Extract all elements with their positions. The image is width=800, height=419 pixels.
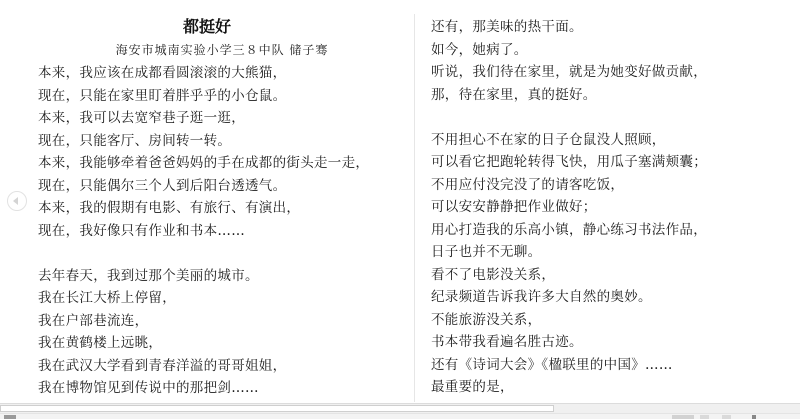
poem-line: 本来，我的假期有电影、有旅行、有演出， [38, 197, 369, 220]
poem-line: 如今，她病了。 [431, 39, 707, 62]
right-poem-lines: 还有，那美味的热干面。 如今，她病了。 听说，我们待在家里，就是为她变好做贡献，… [431, 16, 707, 399]
poem-line: 本来，我可以去宽窄巷子逛一逛， [38, 107, 369, 130]
poem-line: 现在，只能在家里盯着胖乎乎的小仓鼠。 [38, 85, 369, 108]
poem-line: 不用担心不在家的日子仓鼠没人照顾， [431, 129, 707, 152]
poem-line: 本来，我应该在成都看圆滚滚的大熊猫， [38, 62, 369, 85]
poem-line: 还有《诗词大会》《楹联里的中国》…… [431, 354, 707, 377]
document-viewer: 都挺好 海安市城南实验小学三８中队 储子骞 本来，我应该在成都看圆滚滚的大熊猫，… [0, 0, 800, 403]
poem-line: 可以安安静静把作业做好； [431, 196, 707, 219]
scrollbar-thumb[interactable] [0, 405, 554, 412]
poem-line: 现在，我好像只有作业和书本…… [38, 220, 369, 243]
poem-line: 本来，我能够牵着爸爸妈妈的手在成都的街头走一走， [38, 152, 369, 175]
page-view-icon[interactable] [700, 415, 709, 419]
poem-line: 看不了电影没关系， [431, 264, 707, 287]
poem-line: 我在博物馆见到传说中的那把剑…… [38, 377, 369, 400]
poem-line: 日子也并不无聊。 [431, 241, 707, 264]
poem-line: 听说，我们待在家里，就是为她变好做贡献， [431, 61, 707, 84]
web-view-icon[interactable] [722, 415, 731, 419]
poem-line: 还有，那美味的热干面。 [431, 16, 707, 39]
poem-line: 我在长江大桥上停留， [38, 287, 369, 310]
poem-line: 不能旅游没关系， [431, 309, 707, 332]
poem-line: 我在户部巷流连， [38, 310, 369, 333]
poem-line [38, 242, 369, 265]
poem-line: 用心打造我的乐高小镇，静心练习书法作品， [431, 219, 707, 242]
poem-line: 书本带我看遍名胜古迹。 [431, 331, 707, 354]
page-left: 都挺好 海安市城南实验小学三８中队 储子骞 本来，我应该在成都看圆滚滚的大熊猫，… [0, 0, 414, 403]
poem-line: 可以看它把跑轮转得飞快，用瓜子塞满颊囊； [431, 151, 707, 174]
poem-line: 我在武汉大学看到青春洋溢的哥哥姐姐， [38, 355, 369, 378]
chevron-left-circle-icon[interactable] [7, 191, 27, 211]
poem-line: 不用应付没完没了的请客吃饭， [431, 174, 707, 197]
left-poem-lines: 本来，我应该在成都看圆滚滚的大熊猫， 现在，只能在家里盯着胖乎乎的小仓鼠。 本来… [38, 62, 369, 400]
poem-line: 现在，只能偶尔三个人到后阳台透透气。 [38, 175, 369, 198]
poem-line: 我在黄鹤楼上远眺， [38, 332, 369, 355]
poem-line: 最重要的是， [431, 376, 707, 399]
poem-line: 去年春天，我到过那个美丽的城市。 [38, 265, 369, 288]
poem-line: 现在，只能客厅、房间转一转。 [38, 130, 369, 153]
status-bar [0, 413, 800, 419]
horizontal-scrollbar[interactable] [0, 403, 800, 413]
page-title: 都挺好 [0, 16, 414, 38]
poem-line [431, 106, 707, 129]
zoom-slider-icon[interactable] [752, 415, 756, 419]
author-line: 海安市城南实验小学三８中队 储子骞 [0, 41, 414, 59]
reading-view-icon[interactable] [672, 415, 694, 419]
poem-line: 纪录频道告诉我许多大自然的奥妙。 [431, 286, 707, 309]
poem-line: 那，待在家里，真的挺好。 [431, 84, 707, 107]
document-icon[interactable] [4, 415, 16, 419]
